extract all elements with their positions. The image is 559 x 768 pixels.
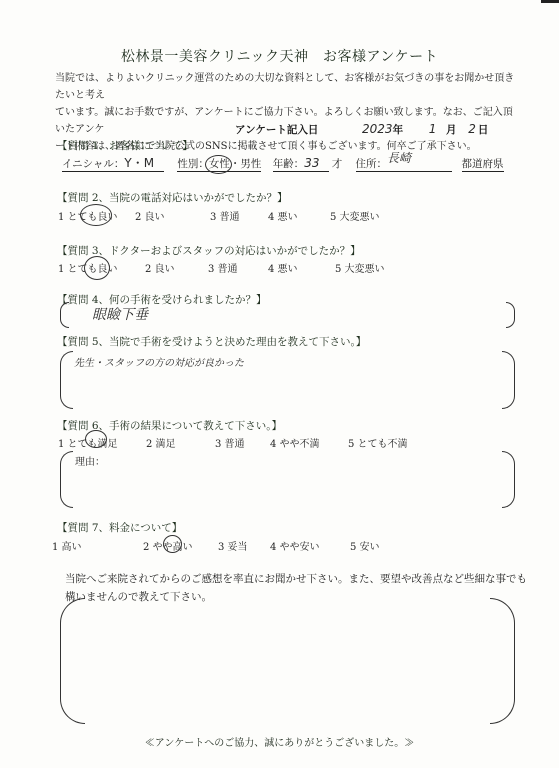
address-suffix: 都道府県 bbox=[462, 156, 504, 172]
age-label: 年齢： bbox=[273, 158, 305, 170]
gender-option-male[interactable]: 男性 bbox=[240, 158, 261, 170]
q6-option-4[interactable]: 4 やや不満 bbox=[270, 435, 320, 450]
q2-heading: 【質問 2、当院の電話対応はいかがでしたか？】 bbox=[57, 190, 288, 205]
q2-option-2[interactable]: 2 良い bbox=[135, 208, 165, 223]
initial-label: イニシャル： bbox=[62, 158, 124, 170]
q3-option-4[interactable]: 4 悪い bbox=[268, 260, 298, 275]
q7-selection-circle bbox=[163, 535, 182, 553]
q6-option-3[interactable]: 3 普通 bbox=[215, 435, 245, 450]
q7-option-3[interactable]: 3 妥当 bbox=[218, 538, 248, 553]
survey-date-row: アンケート記入日 2023年 1 月 2日 bbox=[235, 122, 488, 137]
q6-selection-circle bbox=[85, 430, 107, 448]
q5-heading: 【質問 5、当院で手術を受けようと決めた理由を教えて下さい。】 bbox=[57, 334, 366, 349]
q7-option-1[interactable]: 1 高い bbox=[52, 538, 82, 553]
q6-box-left-bracket bbox=[60, 451, 73, 508]
q6-option-2[interactable]: 2 満足 bbox=[146, 435, 176, 450]
selection-circle bbox=[205, 155, 232, 174]
comments-prompt-line: 当院へご来院されてからのご感想を率直にお聞かせ下さい。また、要望や改善点など些細… bbox=[65, 570, 527, 588]
q2-selection-circle bbox=[80, 204, 112, 226]
q1-heading: 【質問 1、お客様について】 bbox=[57, 138, 193, 153]
q2-option-5[interactable]: 5 大変悪い bbox=[330, 208, 380, 223]
q2-option-3[interactable]: 3 普通 bbox=[210, 208, 240, 223]
year-unit: 年 bbox=[393, 124, 404, 136]
age-value: 33 bbox=[304, 156, 319, 170]
q5-answer-field[interactable]: 先生・スタッフの方の対応が良かった bbox=[74, 354, 244, 369]
comments-box-left-bracket bbox=[60, 598, 85, 724]
page-title: 松林景一美容クリニック天神 お客様アンケート bbox=[0, 46, 559, 66]
q5-box-left-bracket bbox=[60, 351, 73, 409]
q4-box-right-bracket bbox=[506, 302, 515, 328]
gender-field: 性別：女性・男性 bbox=[177, 156, 261, 172]
day-unit: 日 bbox=[478, 124, 489, 136]
address-label: 住所： bbox=[356, 158, 388, 170]
q4-box-left-bracket bbox=[60, 302, 69, 328]
date-year-field[interactable]: 2023 bbox=[362, 122, 393, 136]
q6-option-5[interactable]: 5 とても不満 bbox=[348, 435, 408, 450]
q2-option-4[interactable]: 4 悪い bbox=[268, 208, 298, 223]
initial-value: Y・M bbox=[124, 156, 154, 170]
q3-option-5[interactable]: 5 大変悪い bbox=[335, 260, 385, 275]
q7-option-5[interactable]: 5 安い bbox=[350, 538, 380, 553]
reason-label: 理由： bbox=[75, 457, 105, 468]
intro-line: 当院では、よりよいクリニック運営のための大切な資料として、お客様がお気づきの事を… bbox=[55, 70, 515, 104]
date-month-field[interactable]: 1 bbox=[429, 122, 437, 136]
month-unit: 月 bbox=[446, 124, 457, 136]
comments-field[interactable] bbox=[90, 610, 480, 710]
q3-option-3[interactable]: 3 普通 bbox=[208, 260, 238, 275]
q3-heading: 【質問 3、ドクターおよびスタッフの対応はいかがでしたか？】 bbox=[57, 243, 361, 258]
q1-customer-info: イニシャル：Y・M 性別：女性・男性 年齢：33才 住所：長崎都道府県 bbox=[62, 154, 504, 172]
age-unit: 才 bbox=[332, 158, 343, 170]
age-field[interactable]: 年齢：33 bbox=[273, 156, 329, 172]
comments-prompt-line: 構いませんので教えて下さい。 bbox=[65, 588, 527, 606]
address-value: 長崎 bbox=[387, 151, 411, 165]
address-field[interactable]: 住所：長崎 bbox=[356, 154, 452, 172]
q4-heading: 【質問 4、何の手術を受けられましたか？】 bbox=[57, 292, 267, 307]
q6-reason-field[interactable]: 理由： bbox=[75, 453, 105, 468]
date-label: アンケート記入日 bbox=[235, 124, 318, 136]
comments-box-right-bracket bbox=[490, 598, 515, 724]
q4-answer-field[interactable]: 眼瞼下垂 bbox=[92, 304, 148, 324]
q7-option-4[interactable]: 4 やや安い bbox=[270, 538, 320, 553]
date-day-field[interactable]: 2 bbox=[468, 122, 476, 136]
scan-corner-mark bbox=[541, 0, 559, 3]
gender-option-female[interactable]: 女性 bbox=[209, 158, 230, 170]
q5-box-right-bracket bbox=[502, 351, 515, 409]
q6-box-right-bracket bbox=[502, 451, 515, 508]
q7-heading: 【質問 7、料金について】 bbox=[57, 520, 182, 535]
q3-option-2[interactable]: 2 良い bbox=[145, 260, 175, 275]
initial-field[interactable]: イニシャル：Y・M bbox=[62, 154, 164, 172]
comments-prompt: 当院へご来院されてからのご感想を率直にお聞かせ下さい。また、要望や改善点など些細… bbox=[65, 570, 527, 606]
q3-selection-circle bbox=[84, 256, 110, 280]
footer-thanks: ≪アンケートへのご協力、誠にありがとうございました。≫ bbox=[0, 734, 559, 749]
